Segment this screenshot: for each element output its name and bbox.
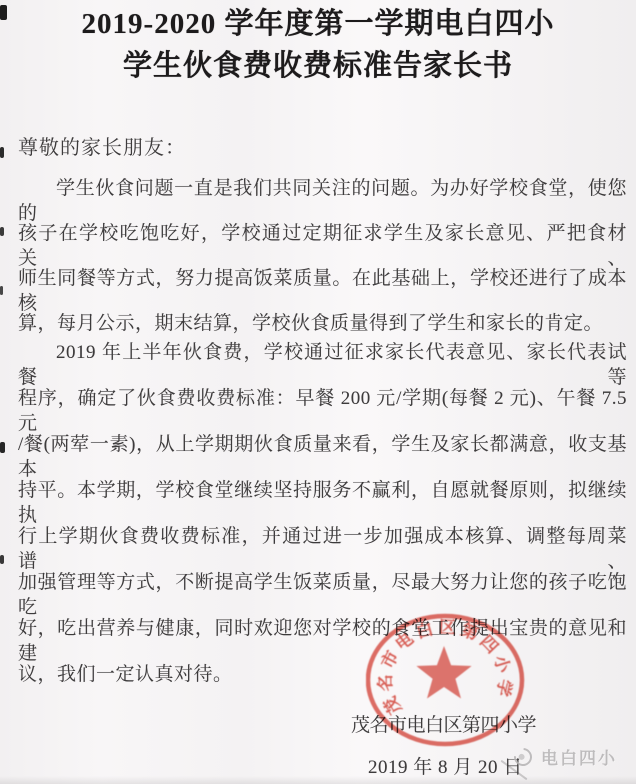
scan-artifact [0, 147, 4, 158]
text-line: 议，我们一定认真对待。 [18, 662, 627, 708]
text-line: 2019 年上半年伙食费，学校通过征求家长代表意见、家长代表试餐等 [18, 340, 627, 386]
watermark: 电白四小 [514, 744, 617, 769]
text-line: 行上学期伙食费收费标准，并通过进一步加强成本核算、调整每周菜谱、 [18, 524, 627, 570]
scan-artifact [0, 286, 3, 295]
paragraph-2: 2019 年上半年伙食费，学校通过征求家长代表意见、家长代表试餐等程序，确定了伙… [18, 340, 627, 708]
watermark-label: 电白四小 [541, 744, 617, 769]
scan-artifact [0, 227, 4, 236]
text-line: 加强管理等方式，不断提高学生饭菜质量，尽最大努力让您的孩子吃饱吃 [18, 570, 627, 616]
signature-school-name: 茂名市电白区第四小学 [351, 710, 536, 737]
document-title-line2: 学生伙食费收费标准告家长书 [0, 46, 636, 86]
scanned-notice-page: 2019-2020 学年度第一学期电白四小 学生伙食费收费标准告家长书 尊敬的家… [0, 0, 636, 784]
issue-date: 2019 年 8 月 20 日 [368, 752, 523, 779]
paragraph-1: 学生伙食问题一直是我们共同关注的问题。为办好学校食堂，使您的孩子在学校吃饱吃好，… [18, 176, 627, 356]
text-line: 学生伙食问题一直是我们共同关注的问题。为办好学校食堂，使您的 [18, 176, 627, 221]
scan-artifact [0, 555, 4, 564]
salutation: 尊敬的家长朋友： [18, 131, 186, 160]
scan-artifact [0, 442, 5, 453]
watermark-logo-icon [510, 744, 535, 769]
text-line: 好，吃出营养与健康，同时欢迎您对学校的食堂工作提出宝贵的意见和建 [18, 616, 627, 662]
text-line: 持平。本学期，学校食堂继续坚持服务不赢利，自愿就餐原则，拟继续执 [18, 478, 627, 524]
text-line: 程序，确定了伙食费收费标准：早餐 200 元/学期(每餐 2 元)、午餐 7.5… [18, 386, 627, 432]
document-title-line1: 2019-2020 学年度第一学期电白四小 [0, 4, 636, 44]
text-line: 孩子在学校吃饱吃好，学校通过定期征求学生及家长意见、严把食材关、 [18, 221, 627, 266]
text-line: 师生同餐等方式，努力提高饭菜质量。在此基础上，学校还进行了成本核 [18, 266, 627, 311]
text-line: /餐(两荤一素)，从上学期期伙食质量来看，学生及家长都满意，收支基本 [18, 432, 627, 478]
